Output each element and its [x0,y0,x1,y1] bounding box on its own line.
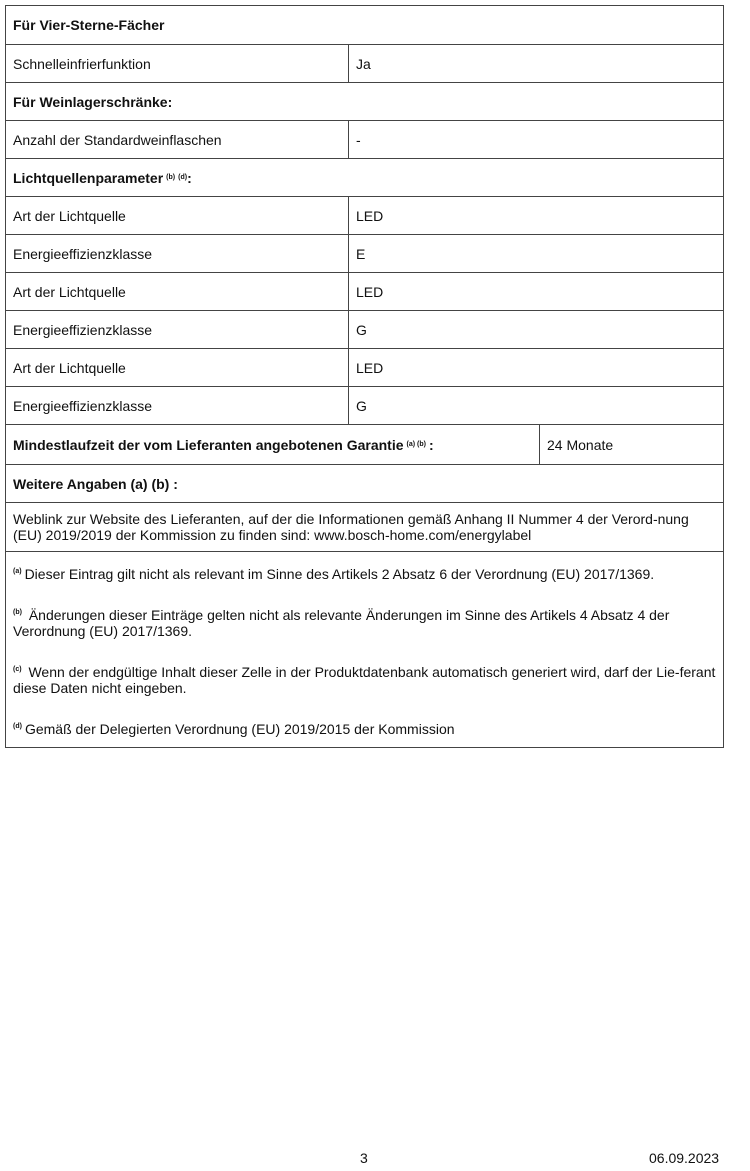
row-value: LED [349,273,723,310]
product-info-table: Für Vier-Sterne-Fächer Schnelleinfrierfu… [5,5,724,748]
section-heading: Für Vier-Sterne-Fächer [6,6,171,44]
footnote-ref: (d) [178,174,187,181]
footnote-text: Gemäß der Delegierten Verordnung (EU) 20… [25,721,455,737]
row-label: Art der Lichtquelle [6,349,349,386]
heading-suffix: : [187,170,192,186]
row-label: Anzahl der Standardweinflaschen [6,121,349,158]
row-label: Schnelleinfrierfunktion [6,45,349,82]
row-guarantee: Mindestlaufzeit der vom Lieferanten ange… [6,424,723,464]
row-light-param: Art der Lichtquelle LED [6,348,723,386]
row-light-param: Energieeffizienzklasse E [6,234,723,272]
section-heading: Lichtquellenparameter (b) (d) : [6,159,199,196]
footnote-ref: (a) (b) [407,441,426,448]
section-heading: Für Weinlagerschränke: [6,83,179,120]
footnotes: (a)Dieser Eintrag gilt nicht als relevan… [6,551,723,747]
row-four-star-heading: Für Vier-Sterne-Fächer [6,6,723,44]
row-light-param: Art der Lichtquelle LED [6,196,723,234]
row-value: 24 Monate [540,425,723,464]
row-value: LED [349,197,723,234]
footnote-text: Änderungen dieser Einträge gelten nicht … [13,607,669,639]
footnote-mark: (c) [13,666,22,673]
row-value: - [349,121,723,158]
footnote: (b) Änderungen dieser Einträge gelten ni… [13,605,716,639]
row-value: G [349,387,723,424]
footnote-mark: (d) [13,723,22,730]
page-number: 3 [360,1150,368,1166]
footnote-mark: (a) [13,568,22,575]
row-label: Art der Lichtquelle [6,197,349,234]
guarantee-label: Mindestlaufzeit der vom Lieferanten ange… [13,437,404,453]
row-light-param: Energieeffizienzklasse G [6,386,723,424]
label-suffix: : [429,437,434,453]
footnote-text: Wenn der endgültige Inhalt dieser Zelle … [13,664,715,696]
row-value: Ja [349,45,723,82]
row-wine-heading: Für Weinlagerschränke: [6,82,723,120]
row-value: LED [349,349,723,386]
footnote: (d)Gemäß der Delegierten Verordnung (EU)… [13,719,716,737]
section-heading: Weitere Angaben (a) (b) : [6,465,185,502]
footnote-text: Dieser Eintrag gilt nicht als relevant i… [25,566,655,582]
row-wine-bottles: Anzahl der Standardweinflaschen - [6,120,723,158]
footnote: (c) Wenn der endgültige Inhalt dieser Ze… [13,662,716,696]
weblink-text: Weblink zur Website des Lieferanten, auf… [6,503,723,551]
row-light-param: Art der Lichtquelle LED [6,272,723,310]
row-label: Mindestlaufzeit der vom Lieferanten ange… [6,425,540,464]
row-label: Energieeffizienzklasse [6,311,349,348]
footnote-mark: (b) [13,609,22,616]
footnote-ref: (b) [166,174,175,181]
row-fast-freeze: Schnelleinfrierfunktion Ja [6,44,723,82]
footnote: (a)Dieser Eintrag gilt nicht als relevan… [13,564,716,582]
row-label: Energieeffizienzklasse [6,387,349,424]
row-weblink: Weblink zur Website des Lieferanten, auf… [6,502,723,551]
row-light-param: Energieeffizienzklasse G [6,310,723,348]
footer-date: 06.09.2023 [649,1150,719,1166]
row-value: E [349,235,723,272]
row-value: G [349,311,723,348]
row-label: Art der Lichtquelle [6,273,349,310]
row-further-heading: Weitere Angaben (a) (b) : [6,464,723,502]
heading-text: Lichtquellenparameter [13,170,163,186]
row-label: Energieeffizienzklasse [6,235,349,272]
row-light-heading: Lichtquellenparameter (b) (d) : [6,158,723,196]
